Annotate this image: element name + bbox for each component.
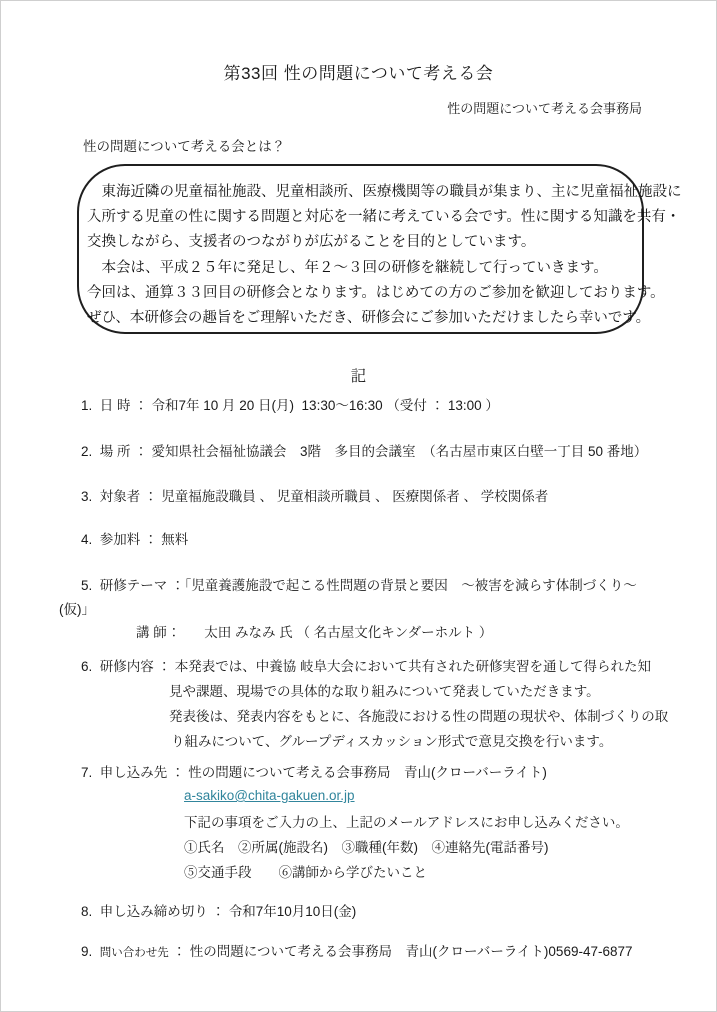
about-heading: 性の問題について考える会とは？ (83, 135, 285, 155)
item-theme-line-1: 5. 研修テーマ ：「児童養護施設で起こる性問題の背景と要因 ～被害を減らす体制… (81, 576, 637, 596)
item-apply-line-4: ①氏名 ②所属(施設名) ③職種(年数) ④連絡先(電話番号) (184, 838, 548, 858)
item-contact-label: 問い合わせ先 (100, 947, 169, 959)
item-contact-colon: ： (169, 944, 190, 959)
about-box-line: 入所する児童の性に関する問題と対応を一緒に考えている会です。性に関する知識を共有… (87, 205, 632, 230)
about-box-line: 本会は、平成２５年に発足し、年２～３回の研修を継続して行っていきます。 (87, 256, 632, 281)
item-content-line-4: り組みについて、グループディスカッション形式で意見交換を行います。 (171, 732, 612, 752)
about-box-line: 東海近隣の児童福祉施設、児童相談所、医療機関等の職員が集まり、主に児童福祉施設に (87, 180, 632, 205)
item-fee: 4. 参加料 ： 無料 (81, 530, 188, 550)
page-title: 第33回 性の問題について考える会 (1, 59, 716, 84)
item-apply-line-5: ⑤交通手段 ⑥講師から学びたいこと (184, 863, 427, 883)
item-contact-text: 性の問題について考える会事務局 青山(クローバーライト)0569-47-6877 (190, 944, 633, 959)
item-contact: 9. 問い合わせ先 ： 性の問題について考える会事務局 青山(クローバーライト)… (81, 942, 633, 963)
office-line: 性の問題について考える会事務局 (447, 98, 642, 117)
item-content-line-2: 見や課題、現場での具体的な取り組みについて発表していただきます。 (169, 682, 600, 702)
about-box-line: 今回は、通算３３回目の研修会となります。はじめての方のご参加を歓迎しております。 (87, 281, 632, 306)
item-theme-line-2: (仮)」 (59, 600, 95, 620)
item-audience: 3. 対象者 ： 児童福施設職員 、 児童相談所職員 、 医療関係者 、 学校関… (81, 487, 548, 507)
email-link[interactable]: a-sakiko@chita-gakuen.or.jp (184, 788, 355, 803)
about-box-line: ぜひ、本研修会の趣旨をご理解いただき、研修会にご参加いただけましたら幸いです。 (87, 306, 632, 331)
item-place: 2. 場 所 ： 愛知県社会福祉協議会 3階 多目的会議室 （名古屋市東区白壁一… (81, 442, 647, 462)
item-content-line-1: 6. 研修内容 ： 本発表では、中養協 岐阜大会において共有された研修実習を通し… (81, 657, 651, 677)
item-contact-number: 9. (81, 944, 100, 959)
item-apply-line-1: 7. 申し込み先 ： 性の問題について考える会事務局 青山(クローバーライト) (81, 763, 547, 783)
document-page: 第33回 性の問題について考える会 性の問題について考える会事務局 性の問題につ… (0, 0, 717, 1012)
about-box-line: 交換しながら、支援者のつながりが広がることを目的としています。 (87, 230, 632, 255)
item-date: 1. 日 時 ： 令和7年 10 月 20 日(月) 13:30～16:30 （… (81, 396, 499, 416)
item-content-line-3: 発表後は、発表内容をもとに、各施設における性の問題の現状や、体制づくりの取 (169, 707, 668, 727)
item-apply-line-3: 下記の事項をご入力の上、上記のメールアドレスにお申し込みください。 (184, 813, 629, 833)
record-mark: 記 (1, 364, 716, 386)
item-deadline: 8. 申し込み締め切り ： 令和7年10月10日(金) (81, 902, 356, 922)
about-box: 東海近隣の児童福祉施設、児童相談所、医療機関等の職員が集まり、主に児童福祉施設に… (77, 164, 644, 334)
item-lecturer-line: 講 師 ： 太田 みなみ 氏 （ 名古屋文化キンダーホルト ） (136, 623, 492, 643)
